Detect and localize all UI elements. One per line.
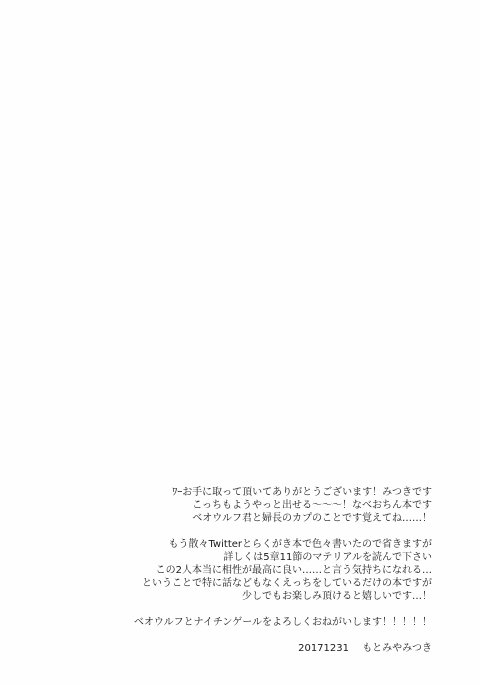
- text-line: 詳しくは5章11節のマテリアルを読んで下さい: [132, 551, 432, 564]
- afterword-paragraph-greeting: ﾜｰお手に取って頂いてありがとうございます！みつきです こっちもようやっと出せる…: [132, 486, 432, 525]
- afterword-paragraph-closing: ベオウルフとナイチンゲールをよろしくおねがいします！！！！！: [132, 616, 432, 629]
- text-line: もう散々Twitterとらくがき本で色々書いたので省きますが: [132, 538, 432, 551]
- text-line: ベオウルフ君と婦長のカプのことです覚えてね……！: [132, 512, 432, 525]
- signature-date: 20171231: [298, 643, 349, 654]
- paragraph-spacer: [132, 629, 432, 642]
- paragraph-spacer: [132, 603, 432, 616]
- text-line: 少しでもお楽しみ頂けると嬉しいです…！: [132, 590, 432, 603]
- text-line: こっちもようやっと出せる〜〜〜！なべおちん本です: [132, 499, 432, 512]
- text-line: ベオウルフとナイチンゲールをよろしくおねがいします！！！！！: [132, 616, 432, 629]
- signature-author: もとみやみつき: [362, 643, 432, 654]
- text-line: ﾜｰお手に取って頂いてありがとうございます！みつきです: [132, 486, 432, 499]
- text-line: ということで特に話などもなくえっちをしているだけの本ですが: [132, 577, 432, 590]
- page: ﾜｰお手に取って頂いてありがとうございます！みつきです こっちもようやっと出せる…: [0, 0, 480, 685]
- text-line: この2人本当に相性が最高に良い……と言う気持ちになれる…: [132, 564, 432, 577]
- afterword-paragraph-body: もう散々Twitterとらくがき本で色々書いたので省きますが 詳しくは5章11節…: [132, 538, 432, 603]
- paragraph-spacer: [132, 525, 432, 538]
- afterword-text: ﾜｰお手に取って頂いてありがとうございます！みつきです こっちもようやっと出せる…: [132, 486, 432, 655]
- signature: 20171231 もとみやみつき: [132, 642, 432, 655]
